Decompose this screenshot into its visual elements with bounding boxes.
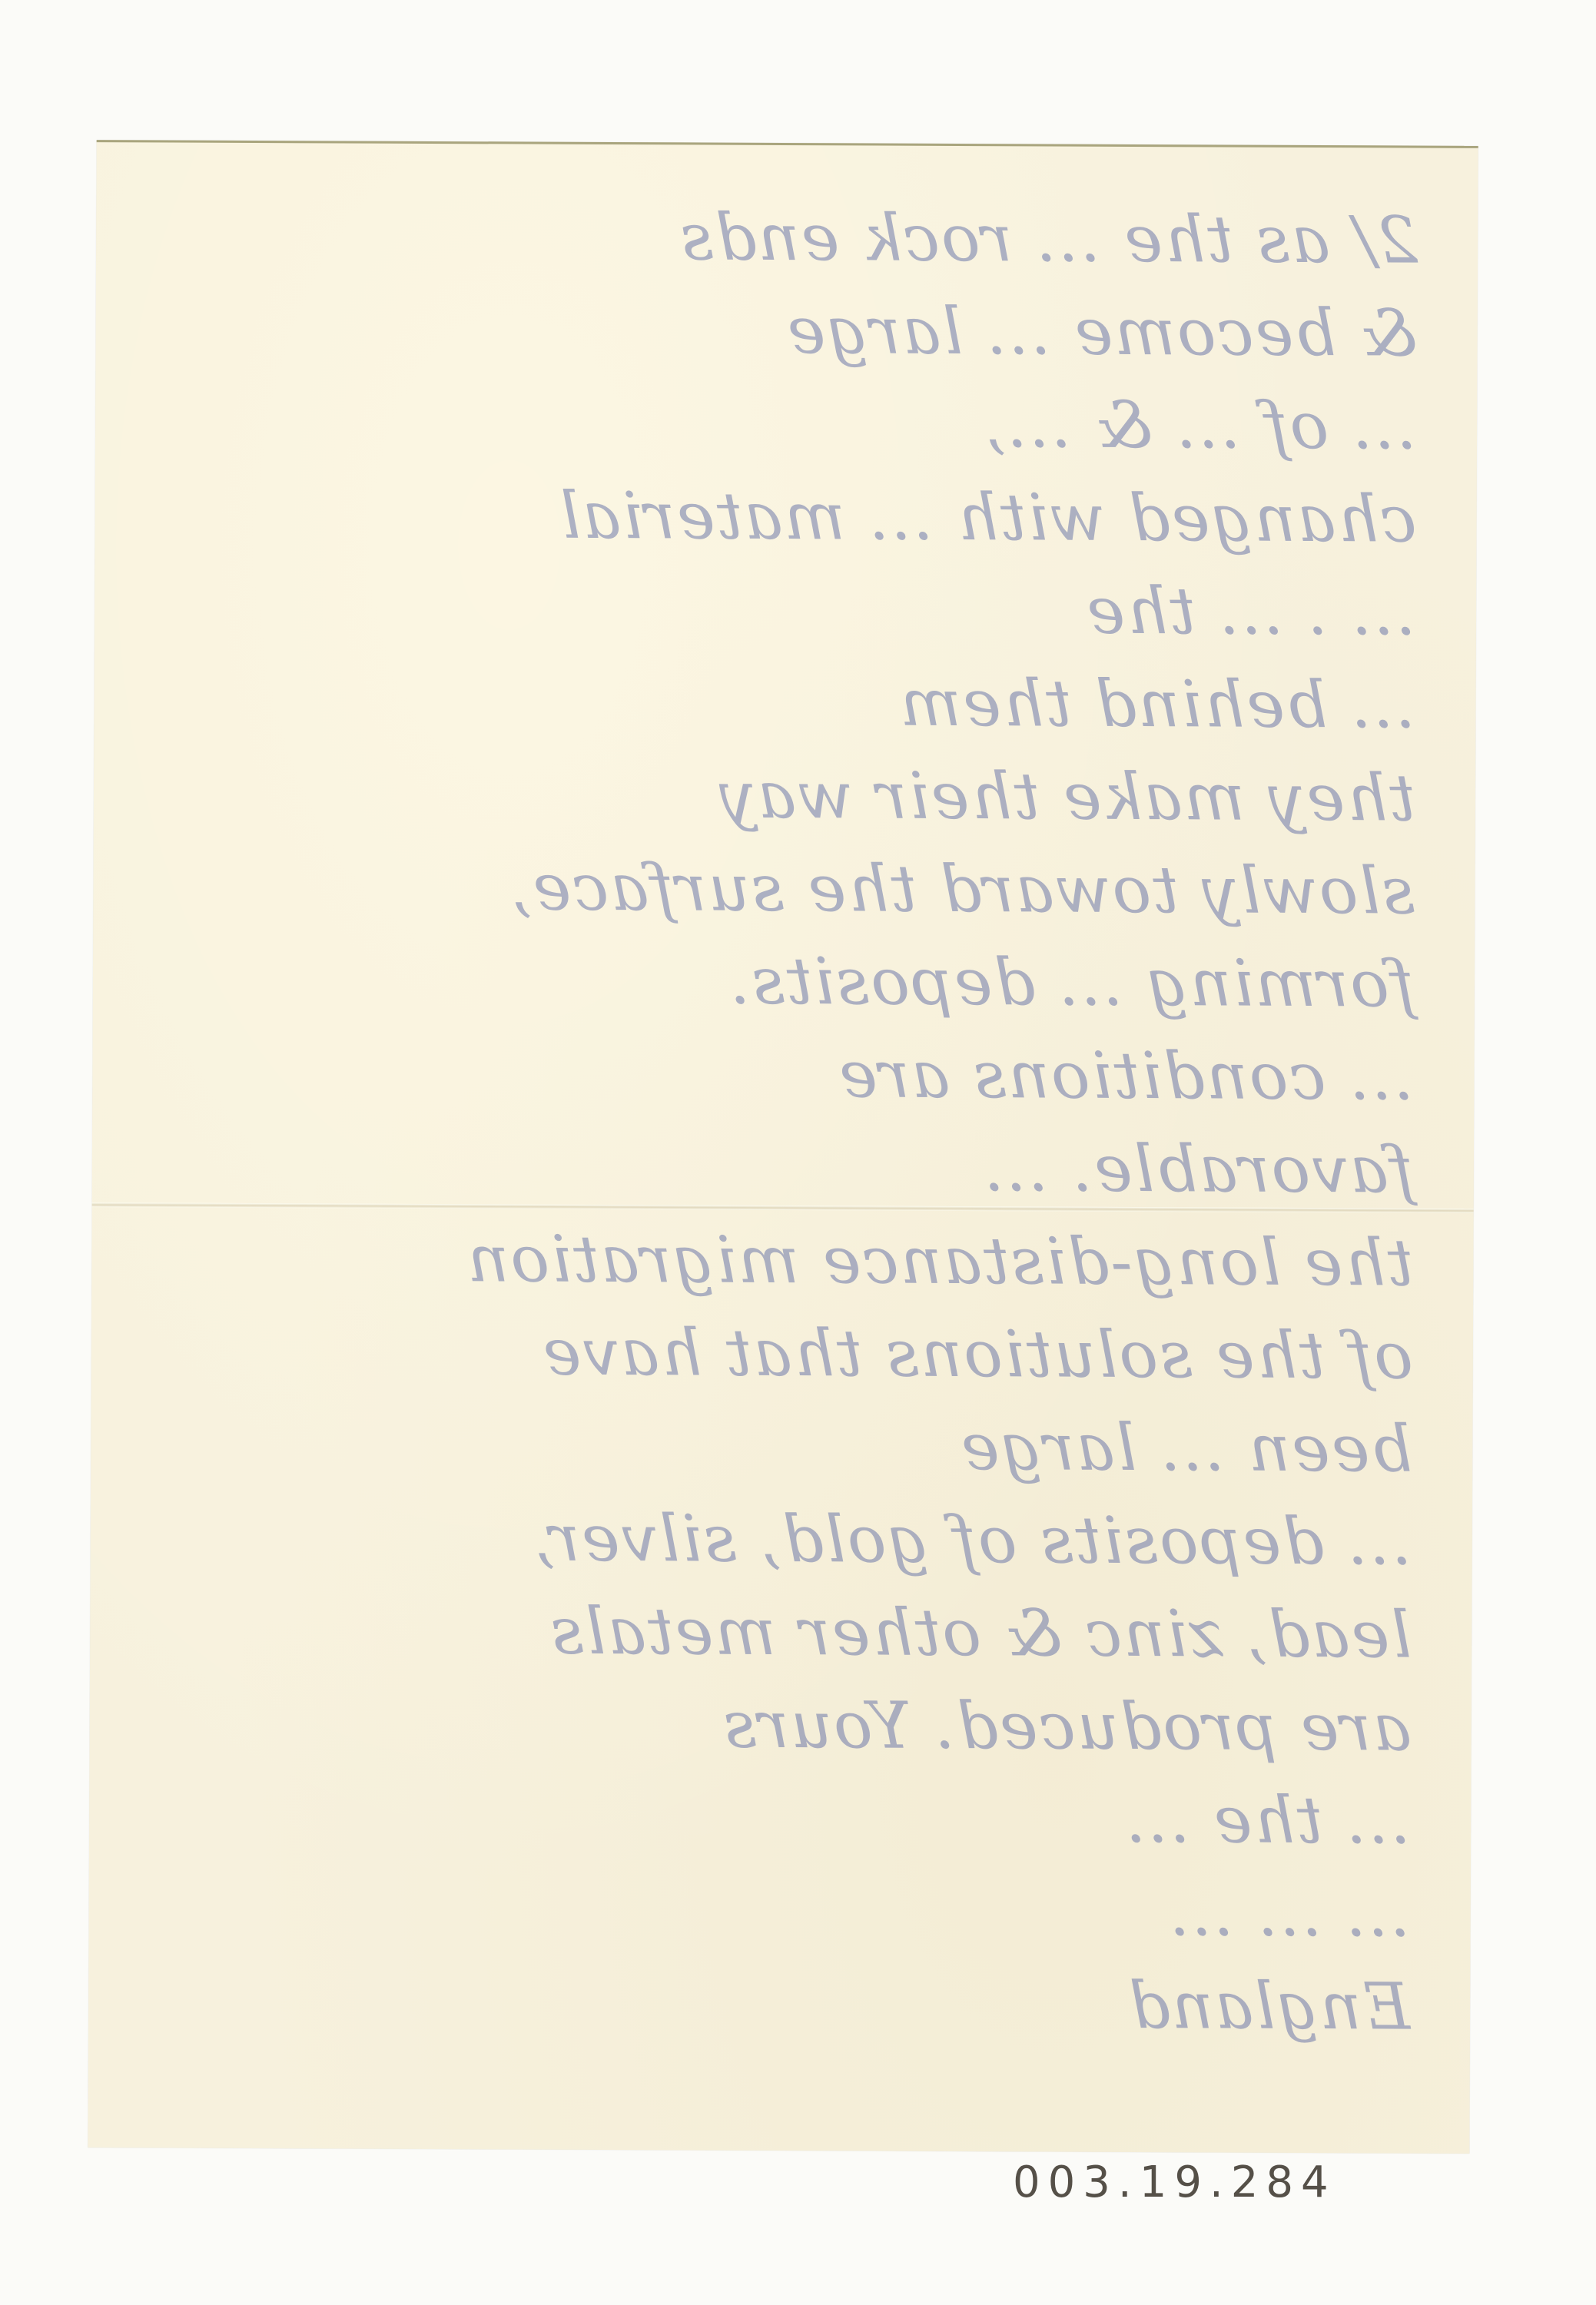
bleed-line: 2/ as the ... rock ends <box>250 189 1418 287</box>
catalog-number: 003.19.284 <box>1013 2157 1336 2207</box>
letter-page: 2/ as the ... rock ends& become ... larg… <box>88 140 1478 2154</box>
bleed-line: ... ... ... <box>242 1862 1411 1961</box>
bleed-line: favorable. ... <box>246 1119 1415 1217</box>
bleed-line: ... conditions are <box>246 1026 1415 1124</box>
bleed-line: ... of ... & ..., <box>249 375 1418 473</box>
bleed-line: the long-distance migration <box>245 1212 1414 1310</box>
bleed-line: forming ... deposits. <box>247 933 1415 1031</box>
bleed-line: ... . ... the <box>248 561 1417 659</box>
bleed-line: are produced. Yours <box>243 1677 1412 1775</box>
bleed-line: & become ... large <box>249 282 1418 380</box>
bleed-line: lead, zinc & other metals <box>244 1584 1412 1682</box>
ink-bleed-through-text: 2/ as the ... rock ends& become ... larg… <box>242 189 1418 2054</box>
bleed-line: ... behind them <box>247 654 1416 752</box>
bleed-line: they make their way <box>247 747 1416 845</box>
bleed-line: ... deposits of gold, silver, <box>244 1491 1413 1589</box>
bleed-line: ... the ... <box>243 1769 1412 1868</box>
bleed-line: of the solutions that have <box>245 1305 1414 1403</box>
bleed-line: been ... large <box>244 1398 1413 1496</box>
bleed-line: England <box>242 1955 1411 2054</box>
bleed-line: changed with ... material <box>248 468 1417 566</box>
bleed-line: slowly toward the surface, <box>247 840 1415 938</box>
